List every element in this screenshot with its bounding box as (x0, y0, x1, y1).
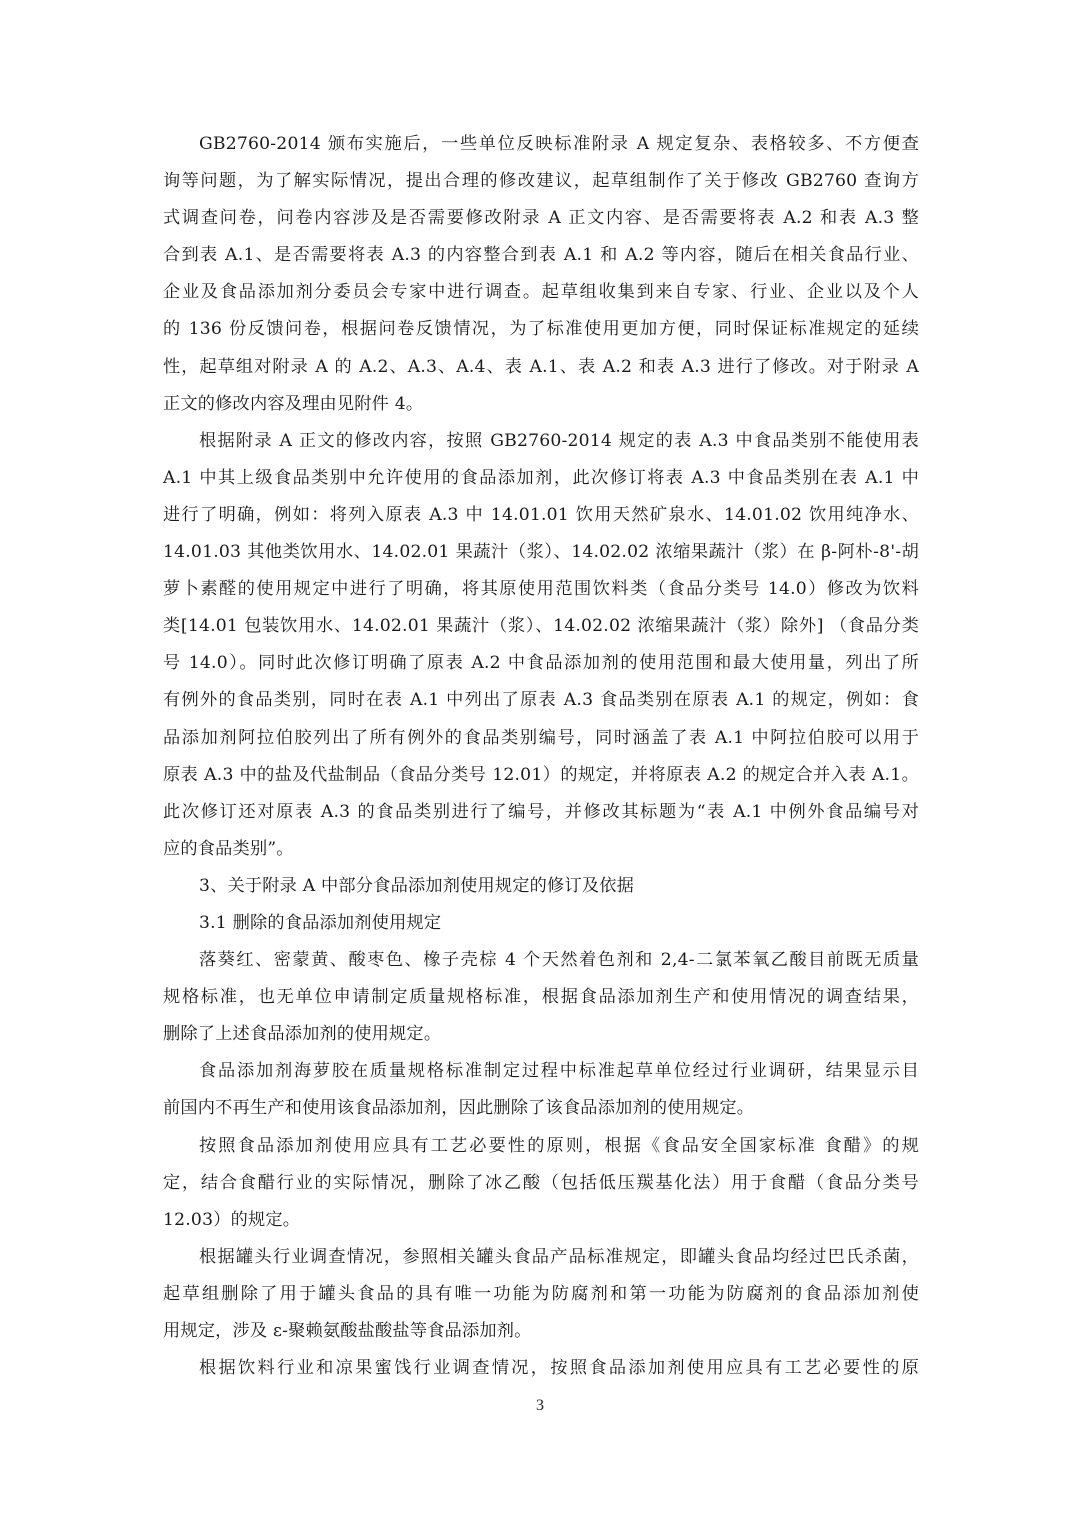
section-heading-3: 3、关于附录 A 中部分食品添加剂使用规定的修订及依据 (163, 868, 919, 905)
paragraph-1-line: 询等问题，为了解实际情况，提出合理的修改建议，起草组制作了关于修改 GB2760… (163, 163, 919, 200)
paragraph-1-line: 企业及食品添加剂分委员会专家中进行调查。起草组收集到来自专家、行业、企业以及个人 (163, 274, 919, 311)
document-page: GB2760-2014 颁布实施后，一些单位反映标准附录 A 规定复杂、表格较多… (0, 0, 1080, 1527)
paragraph-3-line: 落葵红、密蒙黄、酸枣色、橡子壳棕 4 个天然着色剂和 2,4-二氯苯氧乙酸目前既… (163, 942, 919, 979)
paragraph-2-line: 品添加剂阿拉伯胶列出了所有例外的食品类别编号，同时涵盖了表 A.1 中阿拉伯胶可… (163, 720, 919, 757)
paragraph-2-line: 根据附录 A 正文的修改内容，按照 GB2760-2014 规定的表 A.3 中… (163, 423, 919, 460)
paragraph-2-line: 萝卜素醛的使用规定中进行了明确，将其原使用范围饮料类（食品分类号 14.0）修改… (163, 571, 919, 608)
paragraph-2-line: 进行了明确，例如：将列入原表 A.3 中 14.01.01 饮用天然矿泉水、14… (163, 497, 919, 534)
paragraph-2-line: 原表 A.3 中的盐及代盐制品（食品分类号 12.01）的规定，并将原表 A.2… (163, 757, 919, 794)
paragraph-2-line: 应的食品类别”。 (163, 831, 919, 868)
paragraph-6-line: 起草组删除了用于罐头食品的具有唯一功能为防腐剂和第一功能为防腐剂的食品添加剂使 (163, 1276, 919, 1313)
paragraph-1-line: 正文的修改内容及理由见附件 4。 (163, 386, 919, 423)
paragraph-5-line: 按照食品添加剂使用应具有工艺必要性的原则，根据《食品安全国家标准 食醋》的规 (163, 1128, 919, 1165)
paragraph-1-line: 性，起草组对附录 A 的 A.2、A.3、A.4、表 A.1、表 A.2 和表 … (163, 349, 919, 386)
paragraph-1-line: 的 136 份反馈问卷，根据问卷反馈情况，为了标准使用更加方便，同时保证标准规定… (163, 311, 919, 348)
paragraph-1-line: GB2760-2014 颁布实施后，一些单位反映标准附录 A 规定复杂、表格较多… (163, 126, 919, 163)
paragraph-3-line: 删除了上述食品添加剂的使用规定。 (163, 1016, 919, 1053)
paragraph-2-line: A.1 中其上级食品类别中允许使用的食品添加剂，此次修订将表 A.3 中食品类别… (163, 460, 919, 497)
paragraph-4-line: 前国内不再生产和使用该食品添加剂，因此删除了该食品添加剂的使用规定。 (163, 1090, 919, 1127)
paragraph-6-line: 用规定，涉及 ε-聚赖氨酸盐酸盐等食品添加剂。 (163, 1313, 919, 1350)
page-number: 3 (0, 1397, 1080, 1415)
paragraph-2-line: 类[14.01 包装饮用水、14.02.01 果蔬汁（浆）、14.02.02 浓… (163, 608, 919, 645)
paragraph-3-line: 规格标准，也无单位申请制定质量规格标准，根据食品添加剂生产和使用情况的调查结果， (163, 979, 919, 1016)
paragraph-7-line: 根据饮料行业和凉果蜜饯行业调查情况，按照食品添加剂使用应具有工艺必要性的原 (163, 1350, 919, 1387)
paragraph-5-line: 12.03）的规定。 (163, 1202, 919, 1239)
paragraph-4-line: 食品添加剂海萝胶在质量规格标准制定过程中标准起草单位经过行业调研，结果显示目 (163, 1053, 919, 1090)
paragraph-2-line: 此次修订还对原表 A.3 的食品类别进行了编号，并修改其标题为“表 A.1 中例… (163, 794, 919, 831)
subsection-heading-3-1: 3.1 删除的食品添加剂使用规定 (163, 905, 919, 942)
paragraph-1-line: 合到表 A.1、是否需要将表 A.3 的内容整合到表 A.1 和 A.2 等内容… (163, 237, 919, 274)
document-body: GB2760-2014 颁布实施后，一些单位反映标准附录 A 规定复杂、表格较多… (163, 126, 919, 1387)
paragraph-6-line: 根据罐头行业调查情况，参照相关罐头食品产品标准规定，即罐头食品均经过巴氏杀菌， (163, 1239, 919, 1276)
paragraph-2-line: 号 14.0）。同时此次修订明确了原表 A.2 中食品添加剂的使用范围和最大使用… (163, 645, 919, 682)
paragraph-5-line: 定，结合食醋行业的实际情况，删除了冰乙酸（包括低压羰基化法）用于食醋（食品分类号 (163, 1165, 919, 1202)
paragraph-2-line: 14.01.03 其他类饮用水、14.02.01 果蔬汁（浆）、14.02.02… (163, 534, 919, 571)
paragraph-1-line: 式调查问卷，问卷内容涉及是否需要修改附录 A 正文内容、是否需要将表 A.2 和… (163, 200, 919, 237)
paragraph-2-line: 有例外的食品类别，同时在表 A.1 中列出了原表 A.3 食品类别在原表 A.1… (163, 682, 919, 719)
